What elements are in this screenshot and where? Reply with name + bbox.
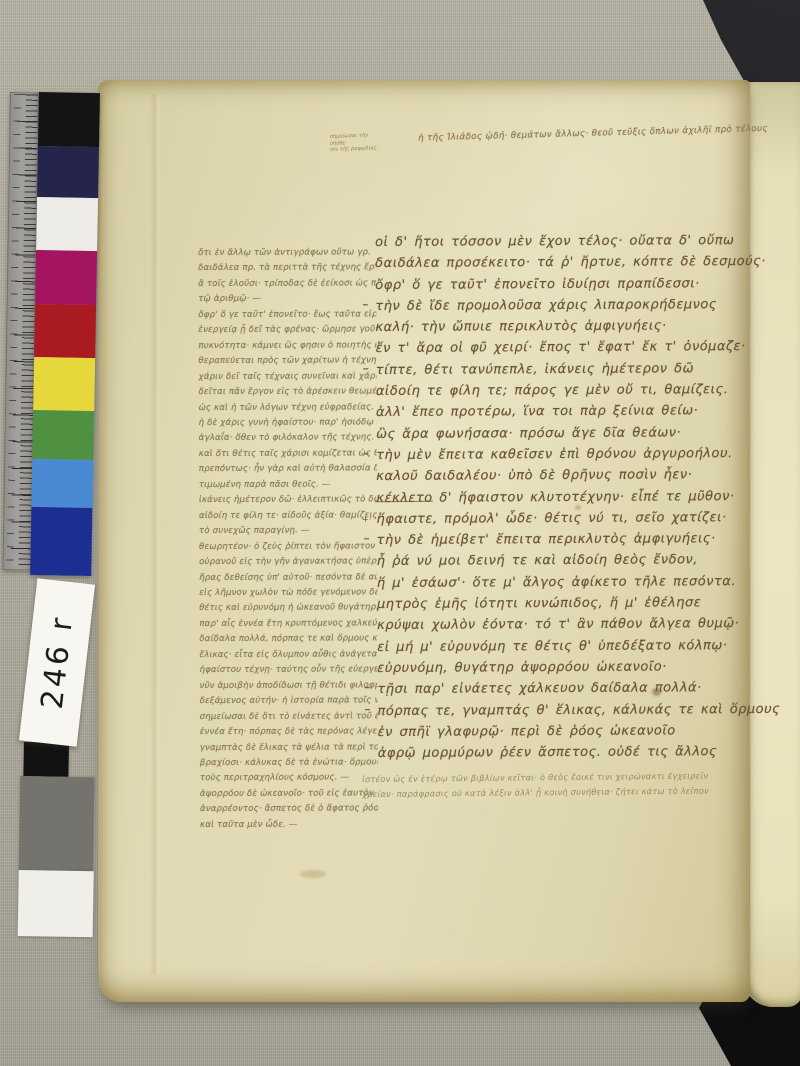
verse-line: εἰ μή μ' εὐρυνόμη τε θέτις θ' ὑπεδέξατο … — [377, 635, 769, 658]
scholia-line: ἕλικας· εἶτα εἰς ὄλυμπον αὖθις ἀνάγεται — [199, 647, 377, 663]
scholia-line: ἱκάνεις ἡμέτερον δῶ· ἐλλειπτικῶς τὸ δῶμα… — [199, 493, 377, 509]
grayscale-patches — [18, 742, 97, 937]
verse-line: τίπτε, θέτι τανύπεπλε, ἱκάνεις ἡμέτερον … — [376, 358, 768, 381]
parchment-stain — [300, 870, 326, 878]
scholia-line: πυκνότητα· κάμνει ὥς φησιν ὁ ποιητὴς καὶ — [198, 338, 376, 354]
color-calibration-patches — [30, 92, 100, 576]
verse-line: ἥφαιστε, πρόμολ' ὧδε· θέτις νύ τι, σεῖο … — [376, 507, 768, 530]
scholia-line: ἀψορρόου δὲ ὠκεανοῖο· τοῦ εἰς ἑαυτὸν — [200, 786, 378, 802]
folio-label-card: 246 r — [19, 578, 95, 747]
color-patch — [31, 459, 93, 508]
scholia-line: ἐνεργείᾳ ᾗ δεῖ τὰς φρένας· ὥρμησε γοῦν — [198, 323, 376, 339]
verse-line: ἥ μ' ἐσάωσ'· ὅτε μ' ἄλγος ἀφίκετο τῆλε π… — [377, 571, 769, 594]
scholia-line: ἃ τοῖς ἑλοῦσι· τρίποδας δὲ ἐείκοσι ὡς πα… — [198, 276, 376, 292]
scholia-column: ὅτι ἐν ἄλλῳ τῶν ἀντιγράφων οὕτω γρ.δαιδά… — [198, 245, 378, 833]
scholia-line: νῦν ἀμοιβὴν ἀποδίδωσι τῇ θέτιδι φιλοφρόν… — [200, 678, 378, 694]
color-patch — [30, 507, 92, 576]
verse-line: μητρὸς ἐμῆς ἰότητι κυνώπιδος, ἥ μ' ἐθέλη… — [377, 592, 769, 615]
grayscale-patch — [19, 776, 95, 871]
verse-line: τῇσι παρ' εἰνάετες χάλκευον δαίδαλα πολλ… — [377, 677, 769, 700]
scholia-line: ἡφαίστου τέχνῃ· ταύτης οὖν τῆς εὐεργεσία… — [199, 663, 377, 679]
scholia-line: θεωρητέον· ὁ ζεὺς ῥίπτει τὸν ἥφαιστον ἐξ — [199, 539, 377, 555]
verse-line: καλή· τὴν ὤπυιε περικλυτὸς ἀμφιγυήεις· — [375, 315, 767, 338]
color-patch — [38, 92, 100, 147]
ruler-number: 15 — [0, 281, 39, 293]
scholia-line: θέτις καὶ εὐρυνόμη ἡ ὠκεανοῦ θυγάτηρ. — — [199, 601, 377, 617]
scholia-line: τῷ ἀριθμῷ· — — [198, 292, 376, 308]
header-margin-note: σημείωσαι τὴν ὑπόθε-σιν τῆς ῥαψῳδίας — [330, 132, 383, 153]
verse-line: κέκλετο δ' ἥφαιστον κλυτοτέχνην· εἶπέ τε… — [376, 486, 768, 509]
scholia-line: δαιδάλεα πρ. τὰ περιττὰ τῆς τέχνης ἔργα — [198, 261, 376, 277]
verse-line: οἱ δ' ἤτοι τόσσον μὲν ἔχον τέλος· οὔατα … — [375, 230, 767, 253]
verse-line: ὣς ἄρα φωνήσασα· πρόσω ἄγε δῖα θεάων· — [376, 422, 768, 445]
verse-line: δαιδάλεα προσέκειτο· τά ῥ' ἤρτυε, κόπτε … — [375, 251, 767, 274]
verse-line: αἰδοίη τε φίλη τε; πάρος γε μὲν οὔ τι, θ… — [376, 379, 768, 402]
footer-scholion: ἰστέον ὡς ἐν ἑτέρῳ τῶν βιβλίων κεῖται· ὁ… — [362, 768, 766, 801]
ruler-number: 13 — [0, 388, 38, 400]
grayscale-patch — [18, 870, 94, 937]
color-patch — [36, 197, 98, 251]
verse-line: ὄφρ' ὅ γε ταῦτ' ἐπονεῖτο ἰδυίῃσι πραπίδε… — [375, 273, 767, 296]
ruler-number: 12 — [0, 441, 37, 453]
parchment-crease — [150, 95, 160, 975]
scholia-line: αἰδοίη τε φίλη τε· αἰδοῦς ἀξία· θαμίζεις… — [199, 508, 377, 524]
ruler-number: 16 — [0, 228, 40, 240]
margin-mark: +· — [362, 515, 371, 524]
verse-line: ἀφρῷ μορμύρων ῥέεν ἄσπετος. οὐδέ τις ἄλλ… — [378, 741, 770, 764]
scholia-line: ὅτι ἐν ἄλλῳ τῶν ἀντιγράφων οὕτω γρ. — [198, 245, 376, 261]
verse-line: τὴν δὲ ἠμείβετ' ἔπειτα περικλυτὸς ἀμφιγυ… — [377, 528, 769, 551]
scholia-line: παρ' αἷς ἐννέα ἔτη κρυπτόμενος χαλκεύει — [199, 616, 377, 632]
scholia-line: χάριν δεῖ ταῖς τέχναις συνεῖναι καὶ χάρι… — [198, 369, 376, 385]
color-patch — [35, 250, 97, 305]
scholia-line: τιμωμένη παρὰ πᾶσι θεοῖς. — — [199, 477, 377, 493]
scholia-line: ἀναρρέοντος· ἄσπετος δὲ ὁ ἄφατος ῥόος· — [200, 802, 378, 818]
verse-line: ἔν τ' ἄρα οἱ φῦ χειρί· ἔπος τ' ἔφατ' ἔκ … — [376, 336, 768, 359]
scholia-line: γναμπτὰς δὲ ἕλικας τὰ ψέλια τὰ περὶ τοῖς — [200, 740, 378, 756]
verse-line: κρύψαι χωλὸν ἐόντα· τό τ' ἂν πάθον ἄλγεα… — [377, 613, 769, 636]
scholia-line: καὶ ὅτι θέτις ταῖς χάρισι κομίζεται ὡς θ… — [199, 446, 377, 462]
scholia-line: ἡ δὲ χάρις γυνὴ ἡφαίστου· παρ' ἡσιόδῳ δὲ… — [199, 415, 377, 431]
color-patch — [32, 410, 94, 460]
scholia-line: σημείωσαι δὲ ὅτι τὸ εἰνάετες ἀντὶ τοῦ ἐπ… — [200, 709, 378, 725]
scholia-line: βραχίοσι· κάλυκας δὲ τὰ ἐνώτια· ὅρμους δ… — [200, 755, 378, 771]
scholia-line: ὡς καὶ ἡ τῶν λόγων τέχνη εὐφραδείας. — — [199, 400, 377, 416]
verse-line: πόρπας τε, γναμπτάς θ' ἕλικας, κάλυκάς τ… — [377, 698, 769, 721]
scholia-line: πρεπόντως· ἦν γὰρ καὶ αὐτὴ θαλασσία δαίμ… — [199, 462, 377, 478]
verse-line: καλοῦ δαιδαλέου· ὑπὸ δὲ θρῆνυς ποσὶν ἦεν… — [376, 464, 768, 487]
photograph-of-manuscript: { "photo": { "backdrop_color": "#b1ae9f"… — [0, 0, 800, 1066]
verse-line: τὴν δὲ ἴδε προμολοῦσα χάρις λιπαροκρήδεμ… — [375, 294, 767, 317]
verse-line: ἀλλ' ἕπεο προτέρω, ἵνα τοι πὰρ ξείνια θε… — [376, 400, 768, 423]
scholia-line: τὸ συνεχῶς παραγίνῃ. — — [199, 524, 377, 540]
scholia-line: τοὺς περιτραχηλίους κόσμους. — — [200, 771, 378, 787]
verse-line: ἐν σπῆϊ γλαφυρῷ· περὶ δὲ ῥόος ὠκεανοῖο — [378, 720, 770, 743]
scholia-line: ἐννέα ἔτη· πόρπας δὲ τὰς περόνας λέγει· — [200, 724, 378, 740]
ruler-number: 17 — [0, 174, 41, 186]
scholia-line: καὶ ταῦτα μὲν ὧδε. — — [200, 817, 378, 833]
scholia-line: ἥρας δεθείσης ὑπ' αὐτοῦ· πεσόντα δὲ αὐτὸ… — [199, 570, 377, 586]
scholia-line: εἰς λῆμνον χωλὸν τὼ πόδε γενόμενον δέχον… — [199, 585, 377, 601]
color-patch — [33, 357, 95, 411]
grayscale-patch — [23, 742, 69, 777]
verse-line: εὐρυνόμη, θυγάτηρ ἀψορρόου ὠκεανοῖο· — [377, 656, 769, 679]
scholia-line: δαίδαλα πολλά, πόρπας τε καὶ ὅρμους καὶ — [199, 632, 377, 648]
color-patch — [34, 304, 96, 358]
ruler-number: 14 — [0, 334, 38, 346]
verse-line: τὴν μὲν ἔπειτα καθεῖσεν ἐπὶ θρόνου ἀργυρ… — [376, 443, 768, 466]
verse-line: ἦ ῥά νύ μοι δεινή τε καὶ αἰδοίη θεὸς ἔνδ… — [377, 549, 769, 572]
main-text-column: οἱ δ' ἤτοι τόσσον μὲν ἔχον τέλος· οὔατα … — [375, 230, 770, 764]
scholia-line: δεῖται πᾶν ἔργον εἰς τὸ ἀρέσκειν θεωμένο… — [198, 384, 376, 400]
scholia-line: δεξάμενος αὐτήν· ἡ ἱστορία παρὰ τοῖς νεω… — [200, 694, 378, 710]
ruler-number: 18 — [0, 121, 42, 133]
scholia-line: θεραπεύεται πρὸς τῶν χαρίτων ἡ τέχνη· ὅτ… — [198, 354, 376, 370]
folio-number: 246 r — [34, 614, 79, 711]
scholia-line: ὄφρ' ὅ γε ταῦτ' ἐπονεῖτο· ἕως ταῦτα εἰργ… — [198, 307, 376, 323]
scholia-line: οὐρανοῦ εἰς τὴν γῆν ἀγανακτήσας ὑπὲρ τῆς — [199, 554, 377, 570]
color-patch — [37, 146, 99, 198]
scholia-line: ἀγλαΐα· ὅθεν τὸ φιλόκαλον τῆς τέχνης. ση… — [199, 431, 377, 447]
